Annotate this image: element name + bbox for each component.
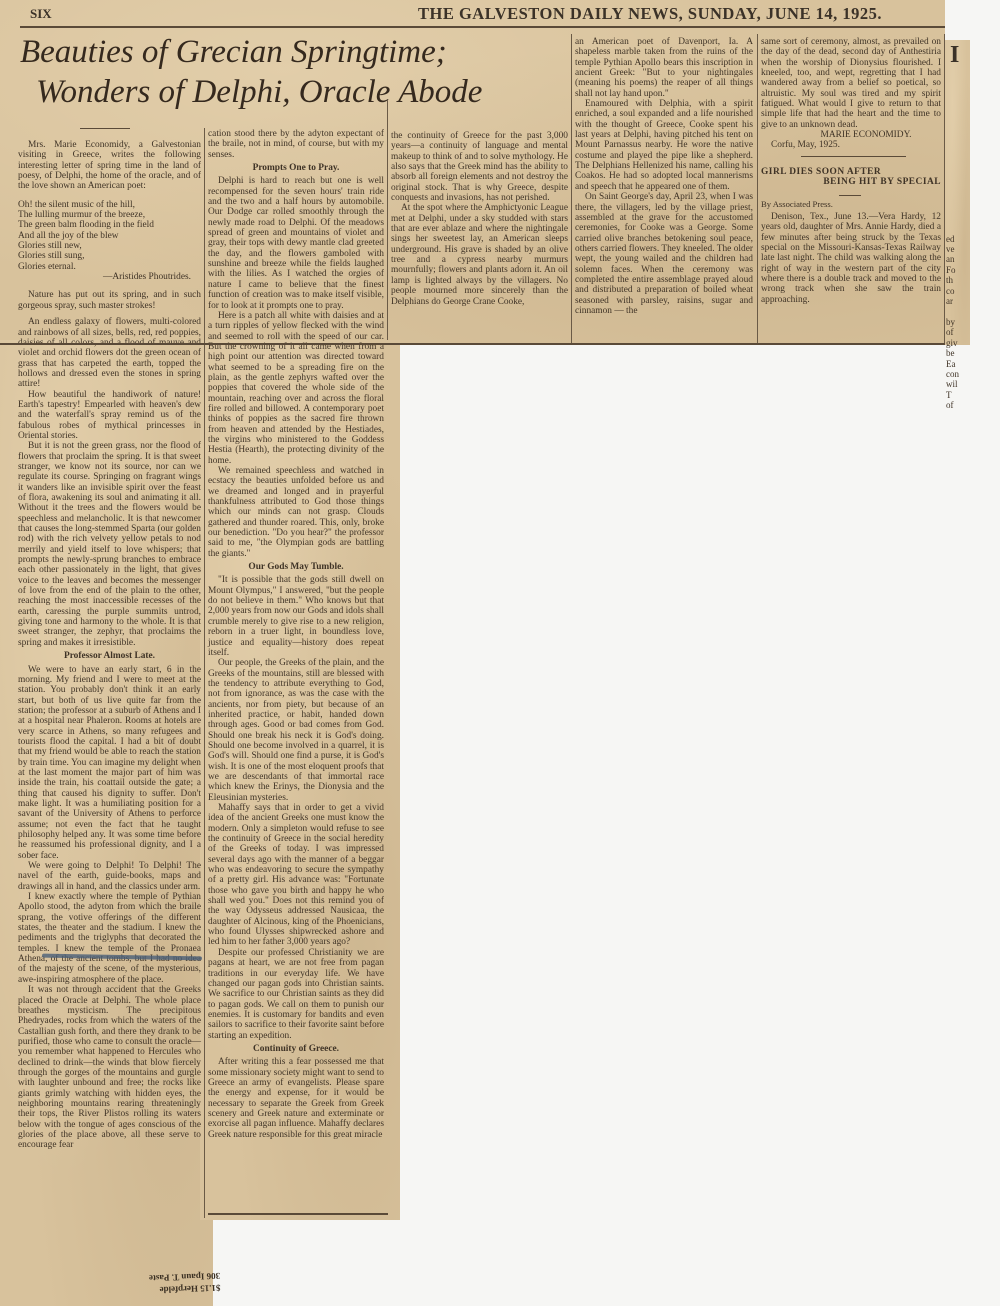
signature: MARIE ECONOMIDY.: [761, 130, 941, 140]
paragraph: We were going to Delphi! To Delphi! The …: [18, 861, 201, 892]
paragraph: Mahaffy says that in order to get a vivi…: [208, 803, 384, 948]
paragraph: Here is a patch all white with daisies a…: [208, 311, 384, 466]
bottom-rule: [0, 343, 945, 345]
paragraph: the continuity of Greece for the past 3,…: [391, 131, 568, 203]
column-end-rule: [208, 1213, 388, 1215]
stub-line: wil: [946, 379, 968, 389]
story-divider: [801, 156, 906, 157]
stub-line: of: [946, 400, 968, 410]
column-rule: [944, 34, 945, 344]
stub-line: Fo: [946, 265, 968, 275]
poem-line: Oh! the silent music of the hill,: [18, 200, 201, 210]
stub-line: [946, 140, 968, 150]
headline-divider: [839, 195, 861, 196]
article-column-3: the continuity of Greece for the past 3,…: [391, 131, 568, 307]
paragraph: Nature has put out its spring, and in su…: [18, 290, 201, 311]
headline-divider: [80, 128, 130, 129]
stub-line: T: [946, 390, 968, 400]
dateline: Corfu, May, 1925.: [761, 140, 941, 150]
paragraph: How beautiful the handiwork of nature! E…: [18, 390, 201, 442]
paragraph: It was not through accident that the Gre…: [18, 985, 201, 1151]
paragraph: Delphi is hard to reach but one is well …: [208, 176, 384, 310]
column-rule: [387, 100, 388, 340]
sidebar-headline-line-1: GIRL DIES SOON AFTER: [761, 167, 941, 177]
stub-line: [946, 171, 968, 181]
byline: By Associated Press.: [761, 199, 941, 209]
page-number: SIX: [30, 6, 52, 22]
intro-paragraph: Mrs. Marie Economidy, a Galvestonian vis…: [18, 140, 201, 192]
poem-line: The green balm flooding in the field: [18, 220, 201, 230]
stub-line: an: [946, 254, 968, 264]
article-column-5: same sort of ceremony, almost, as prevai…: [761, 37, 941, 305]
price-stamp: $1.15 Herpfelde 306 Ipaun T. Paste: [99, 1250, 220, 1298]
stub-line: [946, 161, 968, 171]
newspaper-title: THE GALVESTON DAILY NEWS, SUNDAY, JUNE 1…: [418, 4, 882, 24]
stub-line: co: [946, 286, 968, 296]
stub-line: th: [946, 275, 968, 285]
poem-line: Glories still sung,: [18, 251, 201, 261]
paragraph: same sort of ceremony, almost, as prevai…: [761, 37, 941, 130]
paragraph: But it is not the green grass, nor the f…: [18, 441, 201, 648]
headline-line-2: Wonders of Delphi, Oracle Abode: [20, 72, 560, 112]
paragraph: cation stood there by the adyton expecta…: [208, 129, 384, 160]
stub-line: [946, 182, 968, 192]
masthead-rule: [20, 26, 945, 28]
paragraph: After writing this a fear possessed me t…: [208, 1057, 384, 1140]
poem-line: And all the joy of the blew: [18, 231, 201, 241]
paragraph: On Saint George's day, April 23, when I …: [575, 192, 753, 316]
paragraph: Our people, the Greeks of the plain, and…: [208, 658, 384, 803]
paragraph: We were to have an early start, 6 in the…: [18, 665, 201, 862]
stub-line: con: [946, 369, 968, 379]
subheading: Our Gods May Tumble.: [208, 562, 384, 572]
poem-line: Glories eternal.: [18, 262, 201, 272]
stub-line: of: [946, 327, 968, 337]
stub-line: ve: [946, 244, 968, 254]
stub-headline-fragment: I: [950, 42, 959, 69]
stub-line: by: [946, 317, 968, 327]
poem-attribution: —Aristides Phoutrides.: [18, 272, 201, 282]
stub-line: ed: [946, 234, 968, 244]
stub-line: [946, 192, 968, 202]
article-headline: Beauties of Grecian Springtime; Wonders …: [20, 32, 560, 112]
paragraph: an American poet of Davenport, Ia. A sha…: [575, 37, 753, 99]
sidebar-story-body: Denison, Tex., June 13.—Vera Hardy, 12 y…: [761, 212, 941, 305]
poem-line: The lulling murmur of the breeze,: [18, 210, 201, 220]
stub-line: Ea: [946, 359, 968, 369]
sidebar-headline-line-2: BEING HIT BY SPECIAL: [761, 177, 941, 187]
paragraph: "It is possible that the gods still dwel…: [208, 575, 384, 658]
stub-line: be: [946, 348, 968, 358]
stub-line: [946, 202, 968, 212]
stub-line: ar: [946, 296, 968, 306]
headline-line-1: Beauties of Grecian Springtime;: [20, 32, 560, 72]
column-rule: [204, 128, 205, 1218]
paragraph: At the spot where the Amphictyonic Leagu…: [391, 203, 568, 306]
stub-line: [946, 150, 968, 160]
stub-column-fragment: edveanFothcoar byofgivbeEaconwilTof: [946, 140, 968, 411]
subheading: Professor Almost Late.: [18, 651, 201, 661]
subheading: Continuity of Greece.: [208, 1044, 384, 1054]
column-rule: [571, 34, 572, 344]
article-column-1: Mrs. Marie Economidy, a Galvestonian vis…: [18, 140, 201, 1151]
stub-line: [946, 223, 968, 233]
paragraph: Despite our professed Christianity we ar…: [208, 948, 384, 1041]
stub-line: giv: [946, 338, 968, 348]
poem-line: Glories still new,: [18, 241, 201, 251]
masthead: SIX THE GALVESTON DAILY NEWS, SUNDAY, JU…: [0, 4, 945, 24]
paragraph: I knew exactly where the temple of Pythi…: [18, 892, 201, 985]
subheading: Prompts One to Pray.: [208, 163, 384, 173]
poem: Oh! the silent music of the hill, The lu…: [18, 200, 201, 283]
paragraph: We remained speechless and watched in ec…: [208, 466, 384, 559]
paragraph: Enamoured with Delphia, with a spirit en…: [575, 99, 753, 192]
article-column-4: an American poet of Davenport, Ia. A sha…: [575, 37, 753, 316]
article-column-2: cation stood there by the adyton expecta…: [208, 129, 384, 1140]
stub-line: [946, 307, 968, 317]
paragraph: An endless galaxy of flowers, multi-colo…: [18, 317, 201, 389]
stub-line: [946, 213, 968, 223]
column-rule: [757, 34, 758, 344]
